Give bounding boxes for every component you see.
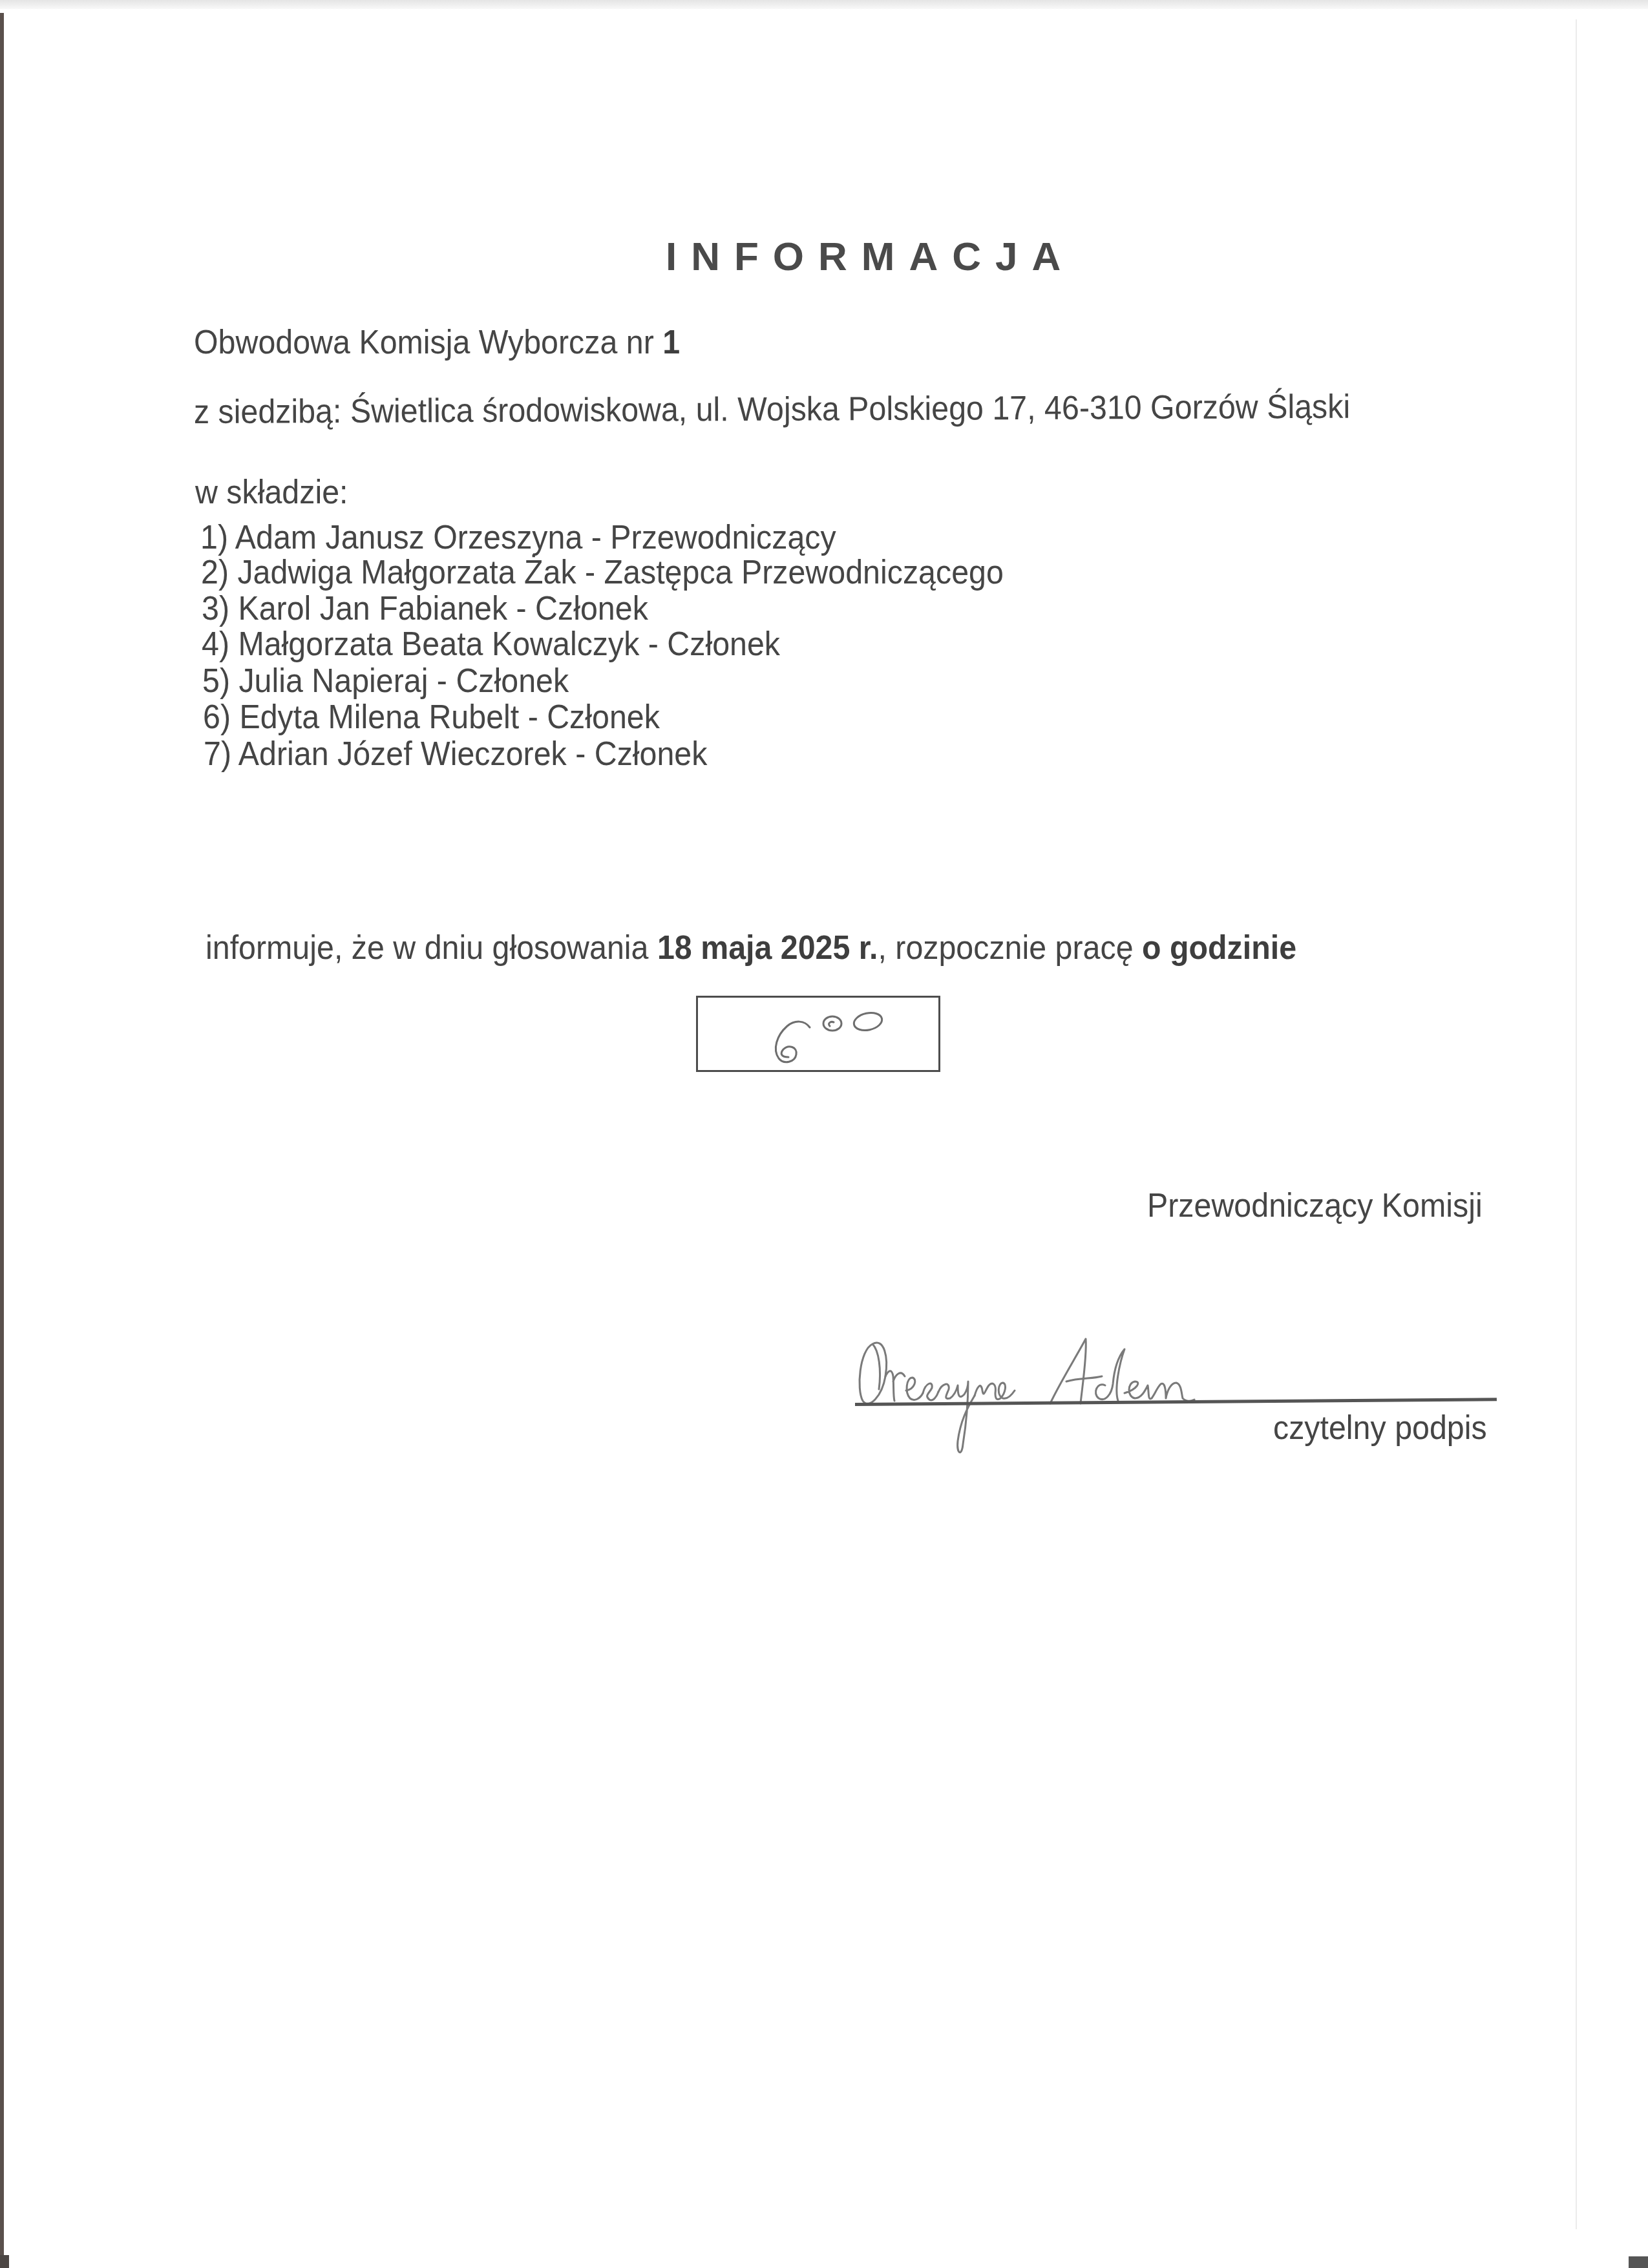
- commission-number: 1: [662, 324, 680, 361]
- election-date: 18 maja 2025 r.: [657, 929, 878, 967]
- member-item: 1) Adam Janusz Orzeszyna - Przewodnicząc…: [200, 521, 836, 554]
- scan-corner-bottom-left: [0, 2255, 9, 2268]
- member-item: 6) Edyta Milena Rubelt - Członek: [203, 700, 660, 734]
- statement-text-2: , rozpocznie pracę: [878, 929, 1142, 967]
- member-item: 4) Małgorzata Beata Kowalczyk - Członek: [202, 627, 780, 661]
- handwritten-hour-icon: [698, 998, 938, 1070]
- signature-role: Przewodniczący Komisji: [1147, 1189, 1483, 1223]
- member-item: 5) Julia Napieraj - Członek: [202, 664, 569, 698]
- commission-name: Obwodowa Komisja Wyborcza nr 1: [194, 326, 680, 359]
- signature-caption: czytelny podpis: [1273, 1411, 1487, 1445]
- scan-corner-bottom-right: [1629, 2256, 1648, 2268]
- hour-label: o godzinie: [1142, 929, 1296, 967]
- commission-seat: z siedzibą: Świetlica środowiskowa, ul. …: [194, 390, 1350, 429]
- member-item: 7) Adrian Józef Wieczorek - Członek: [204, 737, 707, 771]
- scan-right-edge: [1576, 19, 1577, 2229]
- scan-left-edge: [0, 13, 4, 2268]
- document-title: INFORMACJA: [666, 237, 1075, 277]
- opening-statement: informuje, że w dniu głosowania 18 maja …: [206, 931, 1296, 965]
- member-item: 3) Karol Jan Fabianek - Członek: [202, 592, 648, 625]
- statement-text-1: informuje, że w dniu głosowania: [206, 929, 657, 967]
- start-hour-box: 6:00: [696, 996, 940, 1072]
- composition-label: w składzie:: [195, 476, 348, 509]
- commission-label: Obwodowa Komisja Wyborcza nr: [194, 324, 662, 361]
- scan-top-edge: [0, 0, 1648, 9]
- member-item: 2) Jadwiga Małgorzata Żak - Zastępca Prz…: [201, 556, 1004, 589]
